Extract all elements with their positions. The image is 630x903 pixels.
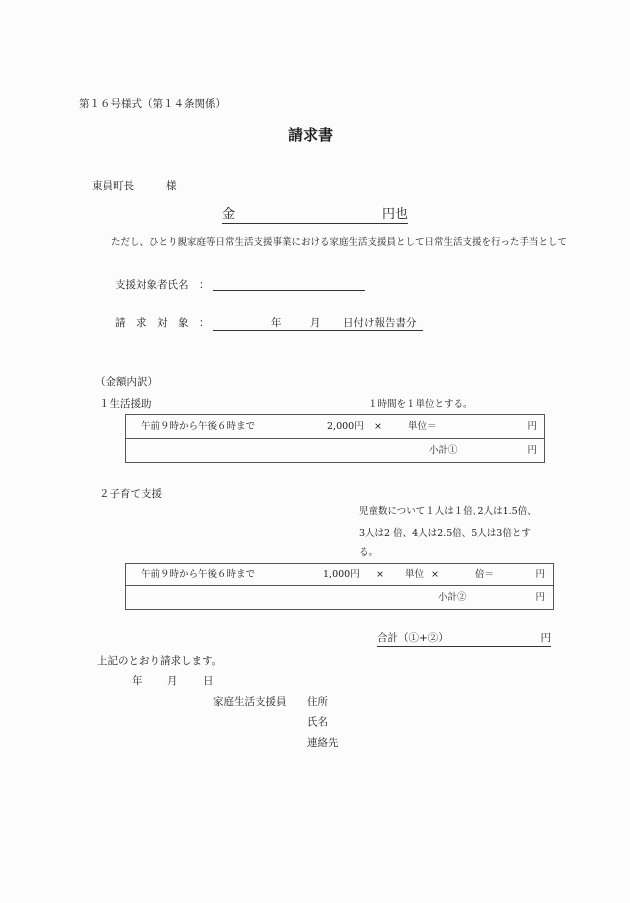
billing-month: 月 [310,318,321,329]
date-day: 日 [203,676,214,687]
date-month: 月 [167,676,178,687]
section2-note-line-2: 3人は2 倍、4人は2.5倍、5人は3倍とす [359,529,531,539]
page-title: 請求書 [288,128,333,143]
date-year: 年 [132,676,143,687]
section1-heading: １生活援助 [99,399,152,410]
section2-time: 午前９時から午後６時まで [141,570,255,580]
billing-year: 年 [271,318,282,329]
total-label: 合計（①+②） [377,633,449,644]
total-yen: 円 [541,633,552,644]
amount-prefix: 金 [222,208,235,221]
subject-name-field[interactable] [213,289,365,291]
amount-suffix: 円也 [382,208,408,221]
section1-rate-row: 午前９時から午後６時まで 2,000円 × 単位＝ 円 [126,415,544,439]
section1-times: × [374,422,382,432]
purpose-text: ただし、ひとり親家庭等日常生活支援事業における家庭生活支援員として日常生活支援を… [111,238,567,248]
section1-rate: 2,000円 [327,422,364,432]
section2-note-line-1: 児童数について１人は１倍､2人は1.5倍、 [359,507,537,517]
billing-target-label: 請 求 対 象 ： [115,318,210,329]
section2-times-1: × [376,570,384,580]
section2-note-line-3: る。 [359,548,378,558]
section2-table: 午前９時から午後６時まで 1,000円 × 単位 × 倍＝ 円 小計② 円 [125,563,554,610]
section2-subtotal: 小計② [438,593,467,603]
section1-subtotal-yen: 円 [527,446,537,456]
section1-subtotal-row: 小計① 円 [126,439,544,463]
section2-multiplier: 倍＝ [475,570,494,580]
section1-time: 午前９時から午後６時まで [141,422,255,432]
closing-text: 上記のとおり請求します。 [97,656,222,667]
signer-address-label: 住所 [307,697,328,708]
subject-name-label: 支援対象者氏名 ： [115,280,210,291]
section2-subtotal-yen: 円 [535,593,545,603]
section2-rate: 1,000円 [323,570,360,580]
section1-yen: 円 [527,422,537,432]
section1-subtotal: 小計① [429,446,458,456]
section2-rate-row: 午前９時から午後６時まで 1,000円 × 単位 × 倍＝ 円 [126,564,553,586]
billing-target-field[interactable]: 年 月 日付け報告書分 [213,318,423,331]
section2-times-2: × [431,570,439,580]
signer-name-label: 氏名 [307,717,328,728]
form-number: 第１６号様式（第１４条関係） [79,99,226,110]
section1-unit: 単位＝ [408,422,437,432]
amount-field[interactable]: 金 円也 [222,208,408,224]
section2-yen: 円 [535,570,545,580]
signer-role: 家庭生活支援員 [213,697,287,708]
total-field[interactable]: 合計（①+②） 円 [377,633,551,647]
section2-subtotal-row: 小計② 円 [126,586,553,610]
billing-suffix: 日付け報告書分 [343,318,417,329]
signer-contact-label: 連絡先 [307,738,339,749]
section2-unit: 単位 [405,570,424,580]
section1-note: １時間を１単位とする。 [368,400,473,410]
addressee-name: 東員町長 [92,181,134,192]
breakdown-heading: （金額内訳） [95,377,158,388]
addressee-honorific: 様 [166,181,177,192]
section2-heading: ２子育て支援 [99,489,162,500]
section1-table: 午前９時から午後６時まで 2,000円 × 単位＝ 円 小計① 円 [125,414,545,463]
